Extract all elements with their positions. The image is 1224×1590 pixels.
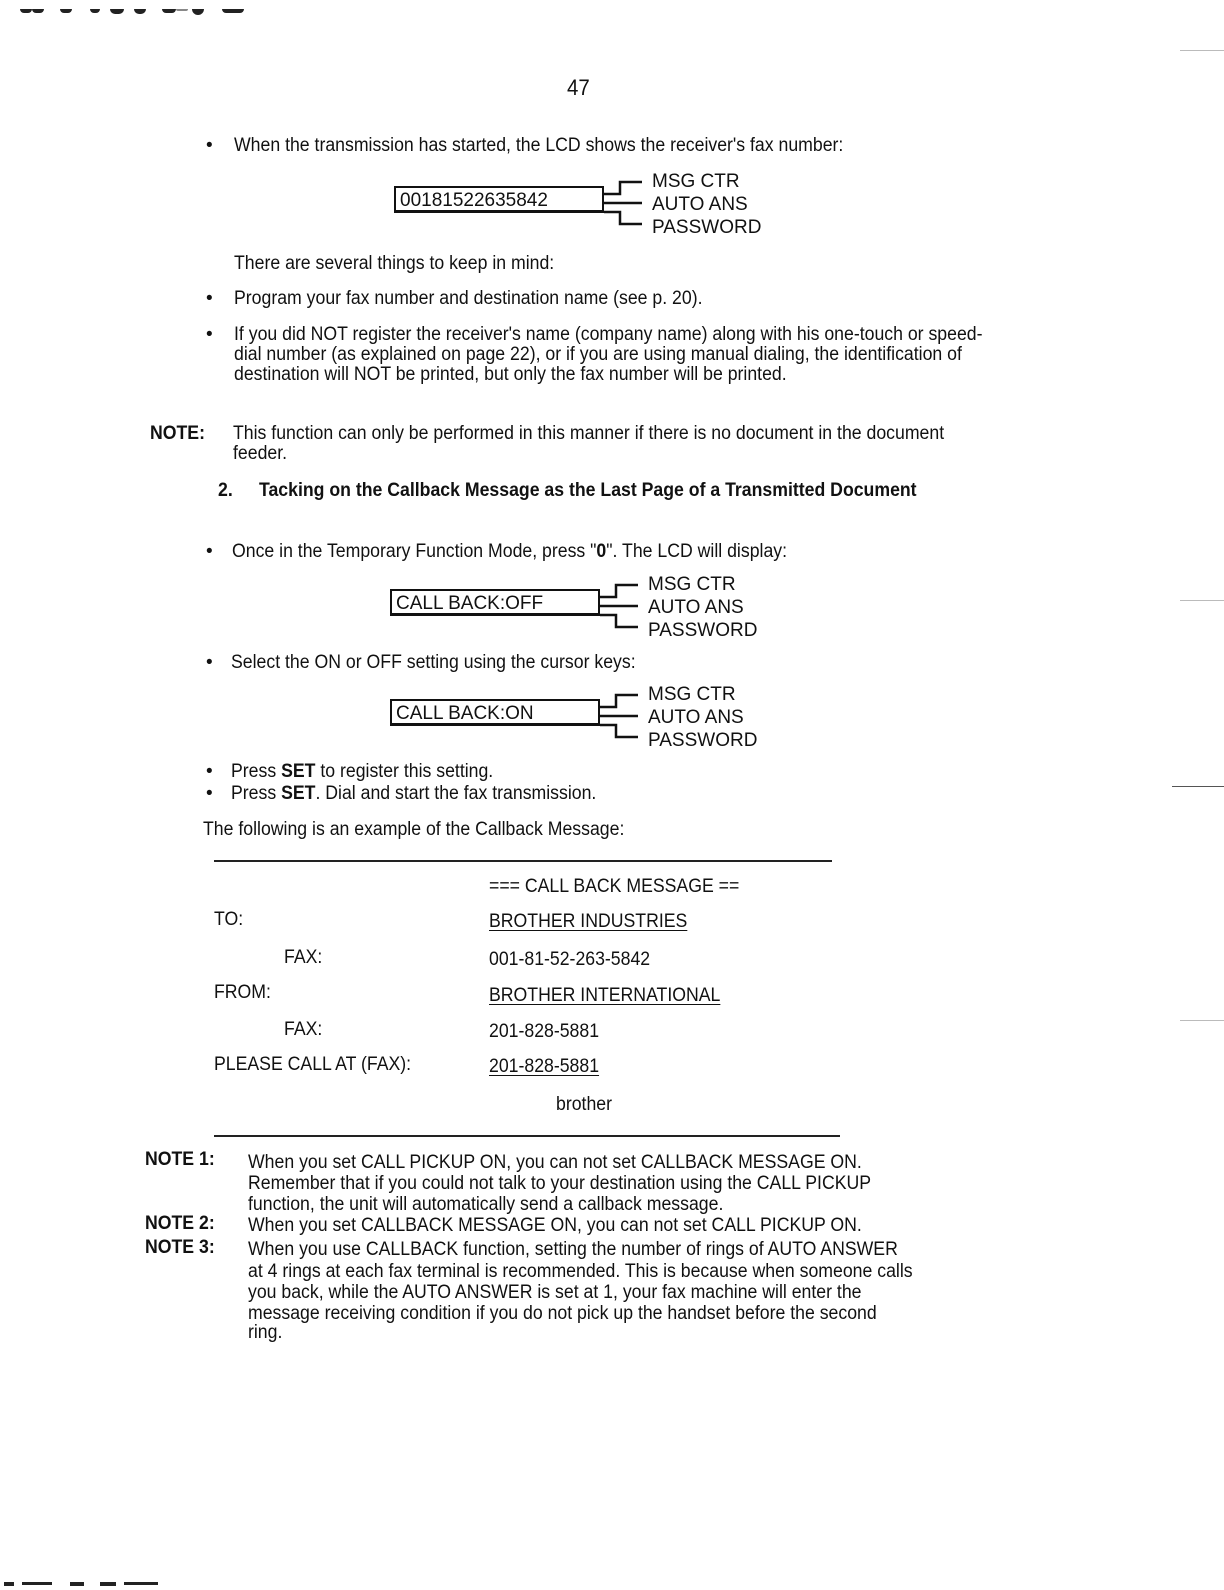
lcd-connector-icon xyxy=(600,685,650,755)
callback-value-to: BROTHER INDUSTRIES xyxy=(489,912,687,932)
bullet-icon: • xyxy=(206,289,213,309)
bullet-icon: • xyxy=(206,784,213,804)
lcd-connector-icon xyxy=(604,172,654,242)
note-1-line: When you set CALL PICKUP ON, you can not… xyxy=(248,1153,862,1173)
page-number: 47 xyxy=(567,76,590,100)
step-select-on-off: Select the ON or OFF setting using the c… xyxy=(231,653,636,673)
divider-top xyxy=(214,860,832,862)
callback-value-please-call: 201-828-5881 xyxy=(489,1057,599,1077)
lcd-screen: CALL BACK:OFF xyxy=(390,589,600,616)
lcd-screen: 00181522635842 xyxy=(394,186,604,213)
edge-mark xyxy=(1180,50,1224,51)
edge-mark xyxy=(1172,786,1224,787)
callback-footer-brand: brother xyxy=(556,1095,612,1115)
note-3-line: message receiving condition if you do no… xyxy=(248,1304,877,1324)
lcd-indicator-auto-ans: AUTO ANS xyxy=(648,708,744,728)
callback-value-from: BROTHER INTERNATIONAL xyxy=(489,986,720,1006)
lcd-indicator-msg-ctr: MSG CTR xyxy=(648,685,736,705)
bullet-icon: • xyxy=(206,653,213,673)
key-set: SET xyxy=(281,783,315,804)
section-heading: Tacking on the Callback Message as the L… xyxy=(259,481,947,501)
callback-value-to-fax: 001-81-52-263-5842 xyxy=(489,950,650,970)
callback-value-from-fax: 201-828-5881 xyxy=(489,1022,599,1042)
note-3-line: at 4 rings at each fax terminal is recom… xyxy=(248,1262,913,1282)
bullet-icon: • xyxy=(206,762,213,782)
lcd-connector-icon xyxy=(600,575,650,645)
bullet-icon: • xyxy=(206,542,213,562)
tip-program-fax-number: Program your fax number and destination … xyxy=(234,289,703,309)
note-2-label: NOTE 2: xyxy=(145,1214,215,1234)
note-label: NOTE: xyxy=(150,424,205,444)
lcd-indicator-password: PASSWORD xyxy=(648,621,757,641)
step-press-zero: Once in the Temporary Function Mode, pre… xyxy=(232,542,787,562)
example-intro: The following is an example of the Callb… xyxy=(203,820,624,840)
key-zero: 0 xyxy=(596,541,606,562)
note-3-line: you back, while the AUTO ANSWER is set a… xyxy=(248,1283,861,1303)
lcd-screen: CALL BACK:ON xyxy=(390,699,600,726)
note-3-line: When you use CALLBACK function, setting … xyxy=(248,1240,898,1260)
note-text: This function can only be performed in t… xyxy=(233,424,977,464)
callback-label-from: FROM: xyxy=(214,983,271,1003)
bullet-icon: • xyxy=(206,136,213,156)
bullet-icon: • xyxy=(206,325,213,345)
edge-mark xyxy=(1180,1020,1224,1021)
note-1-line: Remember that if you could not talk to y… xyxy=(248,1174,871,1194)
scan-artifact-bottom xyxy=(0,1582,160,1586)
note-3-line: ring. xyxy=(248,1323,282,1343)
lcd-indicator-password: PASSWORD xyxy=(648,731,757,751)
callback-header: === CALL BACK MESSAGE == xyxy=(489,877,739,897)
lcd-indicator-auto-ans: AUTO ANS xyxy=(648,598,744,618)
step-press-set-dial: Press SET. Dial and start the fax transm… xyxy=(231,784,596,804)
callback-label-to: TO: xyxy=(214,910,243,930)
edge-mark xyxy=(1180,600,1224,601)
lcd-indicator-password: PASSWORD xyxy=(652,218,761,238)
lcd-indicator-msg-ctr: MSG CTR xyxy=(648,575,736,595)
callback-label-from-fax: FAX: xyxy=(284,1020,322,1040)
lcd-indicator-msg-ctr: MSG CTR xyxy=(652,172,740,192)
note-2-line: When you set CALLBACK MESSAGE ON, you ca… xyxy=(248,1216,862,1236)
note-3-label: NOTE 3: xyxy=(145,1238,215,1258)
intro-bullet-text: When the transmission has started, the L… xyxy=(234,136,843,156)
keep-in-mind-text: There are several things to keep in mind… xyxy=(234,254,554,274)
section-number: 2. xyxy=(218,481,233,501)
tip-register-name: If you did NOT register the receiver's n… xyxy=(234,325,1006,385)
note-1-line: function, the unit will automatically se… xyxy=(248,1195,723,1215)
callback-label-to-fax: FAX: xyxy=(284,948,322,968)
divider-bottom xyxy=(214,1135,840,1137)
step-press-set-register: Press SET to register this setting. xyxy=(231,762,493,782)
note-1-label: NOTE 1: xyxy=(145,1150,215,1170)
lcd-indicator-auto-ans: AUTO ANS xyxy=(652,195,748,215)
key-set: SET xyxy=(281,761,315,782)
callback-label-please-call: PLEASE CALL AT (FAX): xyxy=(214,1055,411,1075)
scan-artifact-top xyxy=(0,0,300,24)
